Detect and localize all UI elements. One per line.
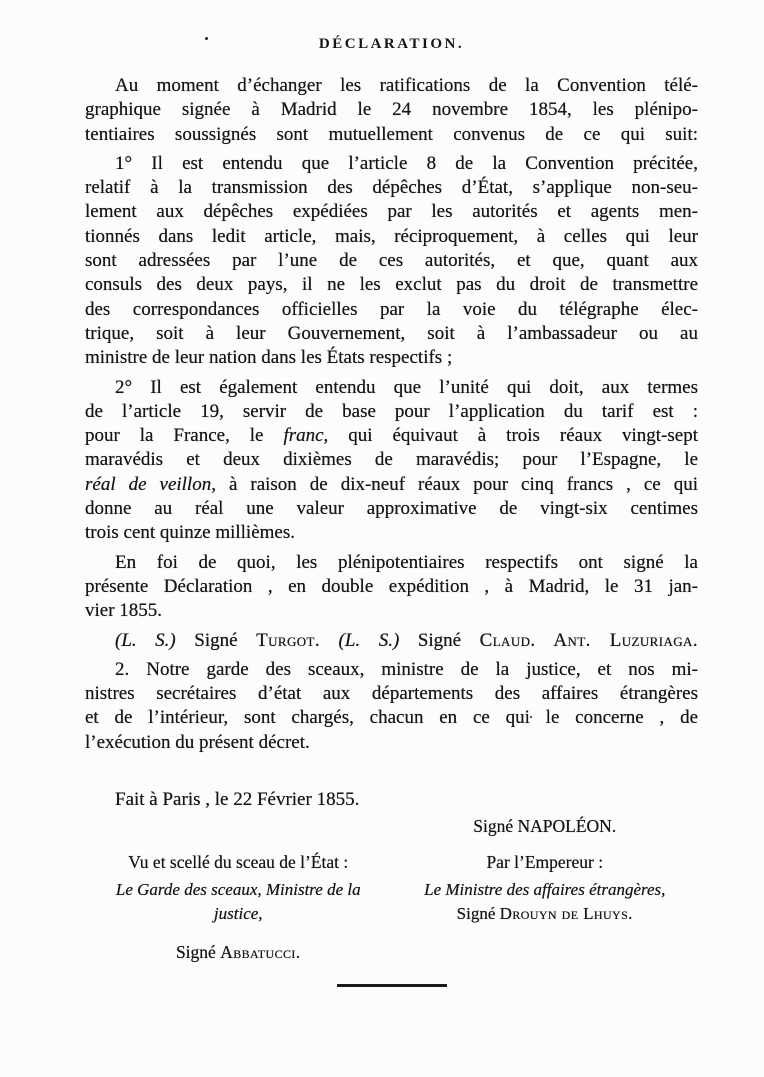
text-segment: l’exécution du présent décret.	[85, 732, 310, 753]
page-content: DÉCLARATION. Au moment d’échanger les ra…	[85, 36, 698, 987]
text-line: relatif à la transmission des dépêches d…	[85, 176, 698, 200]
text-segment: 2° Il est également entendu que l’unité …	[115, 377, 698, 398]
text-segment: réal de veillon,	[85, 474, 216, 495]
document-title: DÉCLARATION.	[85, 36, 698, 53]
text-segment: ministre de leur nation dans les États r…	[85, 347, 452, 368]
text-line: sont adressées par l’une de ces autorité…	[85, 249, 698, 273]
text-line: En foi de quoi, les plénipotentiaires re…	[85, 551, 698, 575]
text-segment: pour la France, le	[85, 425, 283, 446]
left-column-spacer	[85, 814, 392, 838]
scanned-page: DÉCLARATION. Au moment d’échanger les ra…	[0, 0, 764, 1077]
paragraph: 1° Il est entendu que l’article 8 de la …	[85, 152, 698, 371]
text-segment: graphique signée à Madrid le 24 novembre…	[85, 99, 698, 120]
text-line: ministre de leur nation dans les États r…	[85, 346, 698, 370]
text-line: et de l’intérieur, sont chargés, chacun …	[85, 706, 698, 730]
paragraph: 2° Il est également entendu que l’unité …	[85, 376, 698, 546]
text-segment: franc,	[283, 425, 328, 446]
text-segment: qui équivaut à trois réaux vingt-sept	[328, 425, 698, 446]
text-line: tentiaires soussignés sont mutuellement …	[85, 123, 698, 147]
text-segment: Claud. Ant. Luzuriaga.	[480, 630, 698, 651]
text-segment: (L. S.)	[339, 630, 400, 651]
text-line: 2. Notre garde des sceaux, ministre de l…	[85, 658, 698, 682]
text-line: nistres secrétaires d’état aux départeme…	[85, 682, 698, 706]
text-segment: Turgot.	[256, 630, 320, 651]
text-line: pour la France, le franc, qui équivaut à…	[85, 424, 698, 448]
drouyn-signature: Signé Drouyn de Lhuys.	[392, 902, 699, 926]
text-segment: vier 1855.	[85, 600, 162, 621]
text-segment: et de l’intérieur, sont chargés, chacun …	[85, 707, 698, 728]
text-segment: 2. Notre garde des sceaux, ministre de l…	[115, 659, 698, 680]
text-segment: Fait à Paris , le 22 Février 1855.	[115, 789, 359, 810]
text-segment: trique, soit à leur Gouvernement, soit à…	[85, 323, 698, 344]
text-segment: 1° Il est entendu que l’article 8 de la …	[115, 153, 698, 174]
keeper-of-seals-role: Le Garde des sceaux, Ministre de la just…	[85, 878, 392, 926]
text-segment: En foi de quoi, les plénipotentiaires re…	[115, 552, 698, 573]
seal-attestation: Vu et scellé du sceau de l’État :	[85, 850, 392, 874]
text-segment: de l’article 19, servir de base pour l’a…	[85, 401, 698, 422]
document-body: Au moment d’échanger les ratifications d…	[85, 74, 698, 812]
napoleon-signature: Signé NAPOLÉON.	[392, 814, 699, 838]
text-segment: à raison de dix-neuf réaux pour cinq fra…	[216, 474, 698, 495]
napoleon-signature-row: Signé NAPOLÉON.	[85, 814, 698, 838]
signature-headings-row: Vu et scellé du sceau de l’État : Par l’…	[85, 850, 698, 874]
paragraph: (L. S.) Signé Turgot. (L. S.) Signé Clau…	[85, 629, 698, 653]
text-segment: Signé	[176, 942, 220, 962]
text-segment: Signé	[399, 630, 479, 651]
paragraph: Au moment d’échanger les ratifications d…	[85, 74, 698, 147]
paragraph: 2. Notre garde des sceaux, ministre de l…	[85, 658, 698, 755]
text-line: lement aux dépêches expédiées par les au…	[85, 200, 698, 224]
text-line: donne au réal une valeur approximative d…	[85, 497, 698, 521]
text-segment: donne au réal une valeur approximative d…	[85, 498, 698, 519]
text-line: réal de veillon, à raison de dix-neuf ré…	[85, 473, 698, 497]
foreign-minister-role: Le Ministre des affaires étrangères, Sig…	[392, 878, 699, 926]
paragraph: En foi de quoi, les plénipotentiaires re…	[85, 551, 698, 624]
right-column-spacer	[392, 940, 699, 964]
text-line: vier 1855.	[85, 599, 698, 623]
text-segment: Drouyn de Lhuys.	[500, 904, 633, 923]
emperor-attestation: Par l’Empereur :	[392, 850, 699, 874]
text-line: maravédis et deux dixièmes de maravédis;…	[85, 448, 698, 472]
text-line: l’exécution du présent décret.	[85, 731, 698, 755]
text-line: présente Déclaration , en double expédit…	[85, 575, 698, 599]
text-line: des correspondances officielles par la v…	[85, 298, 698, 322]
text-segment: maravédis et deux dixièmes de maravédis;…	[85, 449, 698, 470]
text-line: 1° Il est entendu que l’article 8 de la …	[85, 152, 698, 176]
text-segment: tionnés dans ledit article, mais, récipr…	[85, 226, 698, 247]
paragraph: Fait à Paris , le 22 Février 1855.	[85, 788, 698, 812]
signature-roles-row: Le Garde des sceaux, Ministre de la just…	[85, 878, 698, 926]
text-segment: consuls des deux pays, il ne les exclut …	[85, 274, 698, 295]
text-segment: relatif à la transmission des dépêches d…	[85, 177, 698, 198]
text-line: de l’article 19, servir de base pour l’a…	[85, 400, 698, 424]
text-segment: trois cent quinze millièmes.	[85, 522, 295, 543]
text-line: 2° Il est également entendu que l’unité …	[85, 376, 698, 400]
text-segment: présente Déclaration , en double expédit…	[85, 576, 698, 597]
text-segment	[320, 630, 339, 651]
text-segment: (L. S.)	[115, 630, 176, 651]
abbatucci-signature: Signé Abbatucci.	[85, 940, 392, 964]
text-line: graphique signée à Madrid le 24 novembre…	[85, 98, 698, 122]
text-segment: tentiaires soussignés sont mutuellement …	[85, 124, 698, 145]
text-line: (L. S.) Signé Turgot. (L. S.) Signé Clau…	[85, 629, 698, 653]
text-segment: des correspondances officielles par la v…	[85, 299, 698, 320]
text-segment: Abbatucci.	[220, 942, 300, 962]
end-of-text-rule	[337, 984, 447, 987]
text-segment: nistres secrétaires d’état aux départeme…	[85, 683, 698, 704]
text-segment: sont adressées par l’une de ces autorité…	[85, 250, 698, 271]
abbatucci-signature-row: Signé Abbatucci.	[85, 940, 698, 964]
text-segment: Signé	[457, 904, 500, 923]
text-segment: lement aux dépêches expédiées par les au…	[85, 201, 698, 222]
text-segment: Signé	[176, 630, 256, 651]
text-segment: Au moment d’échanger les ratifications d…	[115, 75, 698, 96]
keeper-role-line1: Le Garde des sceaux, Ministre de la	[85, 878, 392, 902]
signature-area: Signé NAPOLÉON. Vu et scellé du sceau de…	[85, 814, 698, 987]
foreign-minister-role-line: Le Ministre des affaires étrangères,	[392, 878, 699, 902]
text-line: trois cent quinze millièmes.	[85, 521, 698, 545]
text-line: Fait à Paris , le 22 Février 1855.	[85, 788, 698, 812]
text-line: tionnés dans ledit article, mais, récipr…	[85, 225, 698, 249]
text-line: trique, soit à leur Gouvernement, soit à…	[85, 322, 698, 346]
text-line: Au moment d’échanger les ratifications d…	[85, 74, 698, 98]
text-line: consuls des deux pays, il ne les exclut …	[85, 273, 698, 297]
keeper-role-line2: justice,	[85, 902, 392, 926]
